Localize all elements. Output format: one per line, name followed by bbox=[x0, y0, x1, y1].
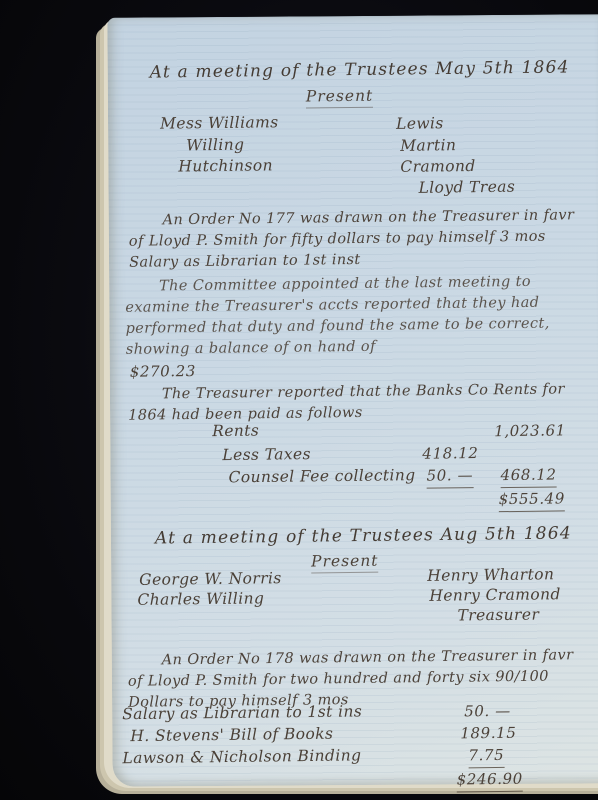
attendee-title: Treasurer bbox=[457, 605, 539, 627]
attendee-name: Lloyd Treas bbox=[418, 177, 515, 199]
balance-amount: $270.23 bbox=[130, 361, 196, 383]
account-row-label: Counsel Fee collecting bbox=[228, 465, 415, 488]
attendee-name: Henry Cramond bbox=[429, 584, 561, 607]
attendee-name: Mess Williams bbox=[160, 112, 279, 134]
meeting-may-present-label: Present bbox=[306, 86, 374, 109]
attendee-name: Cramond bbox=[400, 156, 476, 178]
account-row-amount: 50. — bbox=[426, 465, 473, 489]
photograph-background: At a meeting of the Trustees May 5th 186… bbox=[0, 0, 598, 800]
account-row-amount: 418.12 bbox=[422, 443, 478, 465]
meeting-may-heading: At a meeting of the Trustees May 5th 186… bbox=[150, 57, 580, 83]
page-content: At a meeting of the Trustees May 5th 186… bbox=[107, 14, 598, 786]
account-subtotal: 468.12 bbox=[500, 464, 556, 488]
account-row-amount: 1,023.61 bbox=[494, 420, 566, 442]
attendee-name: Martin bbox=[400, 135, 456, 157]
rents-report-paragraph: The Treasurer reported that the Banks Co… bbox=[128, 379, 578, 426]
account-row-label: H. Stevens' Bill of Books bbox=[130, 724, 333, 747]
account-row-amount: 7.75 bbox=[468, 745, 504, 768]
account-row-label: Less Taxes bbox=[222, 444, 311, 466]
meeting-aug-present-label: Present bbox=[311, 551, 379, 574]
account-total: $246.90 bbox=[457, 769, 524, 793]
account-row-amount: 189.15 bbox=[460, 723, 516, 745]
account-total: $555.49 bbox=[499, 488, 566, 512]
meeting-aug-heading: At a meeting of the Trustees Aug 5th 186… bbox=[155, 523, 585, 549]
account-row-label: Lawson & Nicholson Binding bbox=[122, 745, 361, 769]
attendee-name: Hutchinson bbox=[178, 155, 273, 177]
committee-report-paragraph: The Committee appointed at the last meet… bbox=[125, 271, 584, 361]
attendee-name: Charles Willing bbox=[137, 588, 264, 611]
attendee-name: Willing bbox=[186, 135, 244, 157]
manuscript-page: At a meeting of the Trustees May 5th 186… bbox=[107, 14, 598, 786]
account-row-amount: 50. — bbox=[464, 701, 511, 723]
account-row-label: Rents bbox=[212, 421, 259, 443]
order-177-paragraph: An Order No 177 was drawn on the Treasur… bbox=[129, 205, 582, 274]
account-row-label: Salary as Librarian to 1st ins bbox=[122, 701, 362, 725]
attendee-name: Henry Wharton bbox=[427, 564, 554, 587]
attendee-name: Lewis bbox=[396, 113, 444, 135]
